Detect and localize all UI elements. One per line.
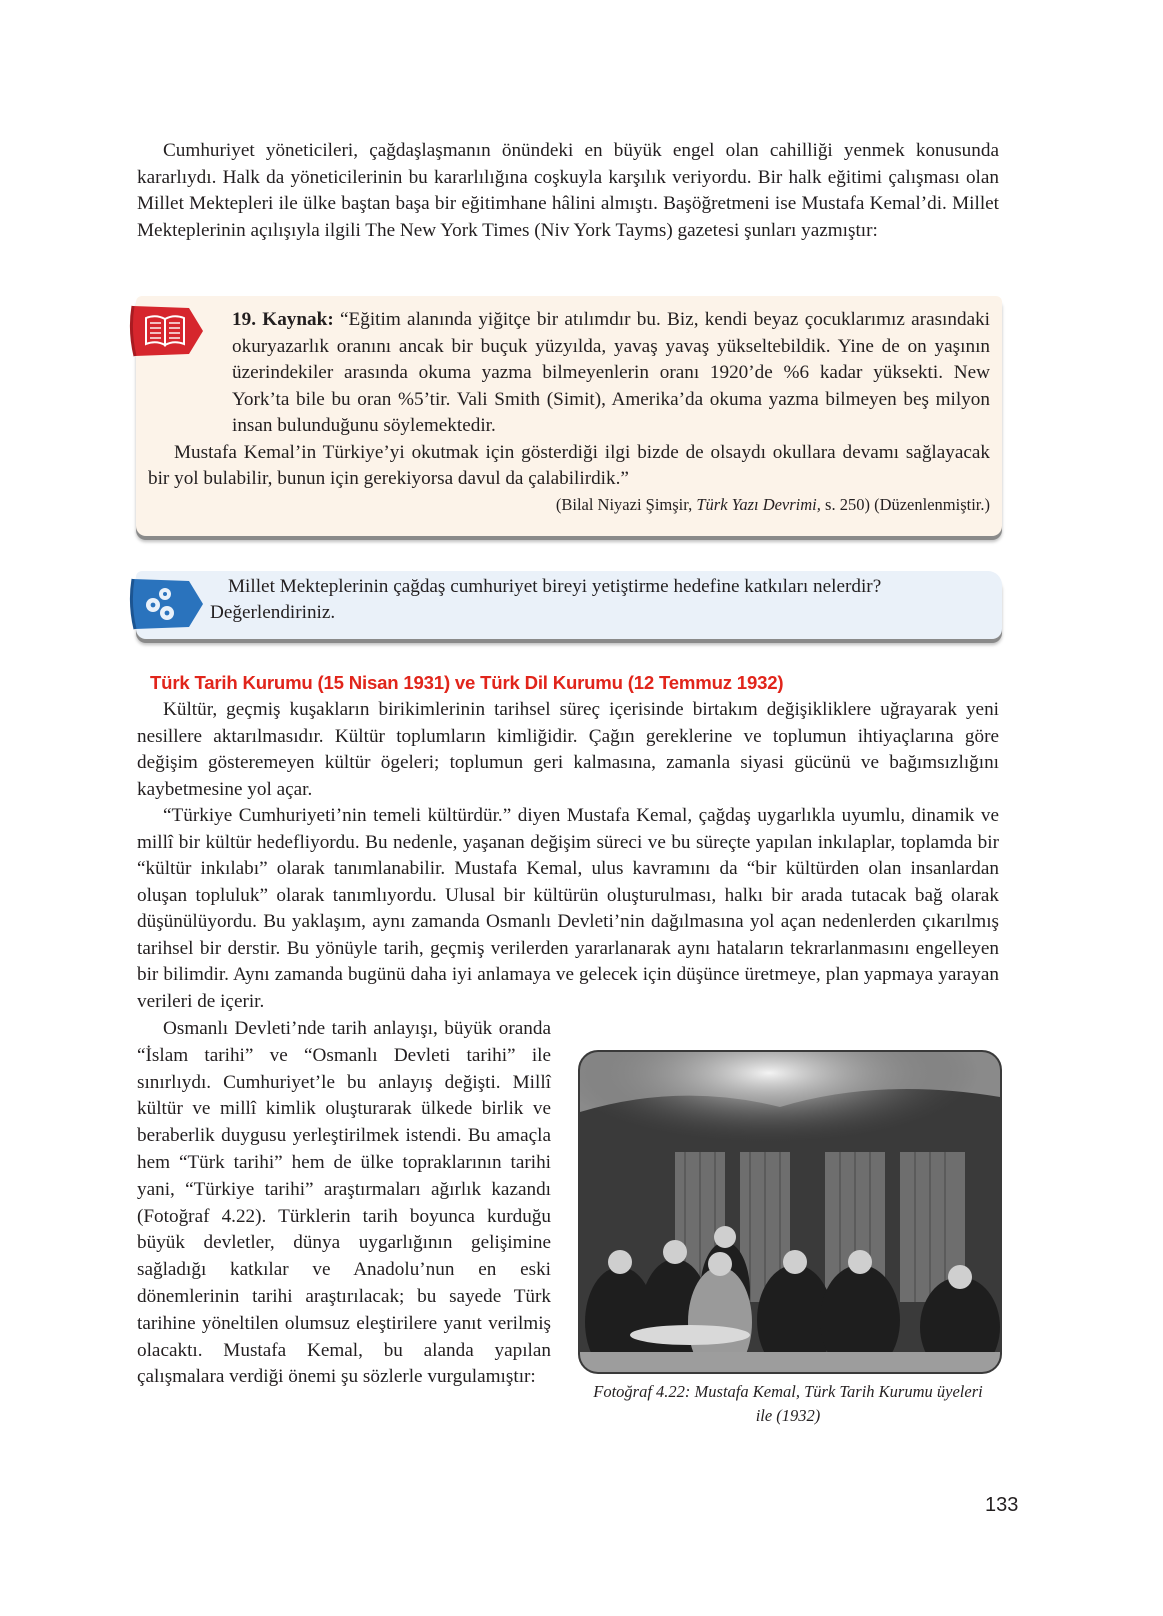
photo-image: [580, 1052, 1000, 1372]
page-number: 133: [985, 1494, 1018, 1517]
history-paragraph: Osmanlı Devleti’nde tarih anlayışı, büyü…: [137, 1016, 551, 1391]
source-quote-part1: “Eğitim alanında yiğitçe bir atılımdır b…: [232, 309, 990, 436]
source-quote-part2: Mustafa Kemal’in Türkiye’yi okutmak için…: [148, 440, 990, 493]
question-line-2: Değerlendiriniz.: [210, 600, 335, 627]
section-heading: Türk Tarih Kurumu (15 Nisan 1931) ve Tür…: [150, 672, 783, 694]
intro-paragraph: Cumhuriyet yöneticileri, çağdaşlaşmanın …: [137, 138, 999, 244]
culture-paragraph: Kültür, geçmiş kuşakların birikimlerinin…: [137, 697, 999, 803]
photo-caption: Fotoğraf 4.22: Mustafa Kemal, Türk Tarih…: [588, 1380, 988, 1428]
question-box: Millet Mekteplerinin çağdaş cumhuriyet b…: [136, 571, 1002, 639]
citation-book-title: Türk Yazı Devrimi,: [696, 495, 821, 514]
gears-icon: [129, 577, 205, 631]
historical-photo: [578, 1050, 1002, 1374]
source-quote: 19. Kaynak: “Eğitim alanında yiğitçe bir…: [148, 307, 990, 493]
kemal-culture-paragraph: “Türkiye Cumhuriyeti’nin temeli kültürdü…: [137, 803, 999, 1015]
textbook-page: Cumhuriyet yöneticileri, çağdaşlaşmanın …: [0, 0, 1163, 1616]
question-line-1: Millet Mekteplerinin çağdaş cumhuriyet b…: [210, 574, 996, 601]
source-box: 19. Kaynak: “Eğitim alanında yiğitçe bir…: [136, 296, 1002, 536]
source-citation: (Bilal Niyazi Şimşir, Türk Yazı Devrimi,…: [556, 494, 990, 516]
source-label: 19. Kaynak:: [232, 309, 334, 330]
